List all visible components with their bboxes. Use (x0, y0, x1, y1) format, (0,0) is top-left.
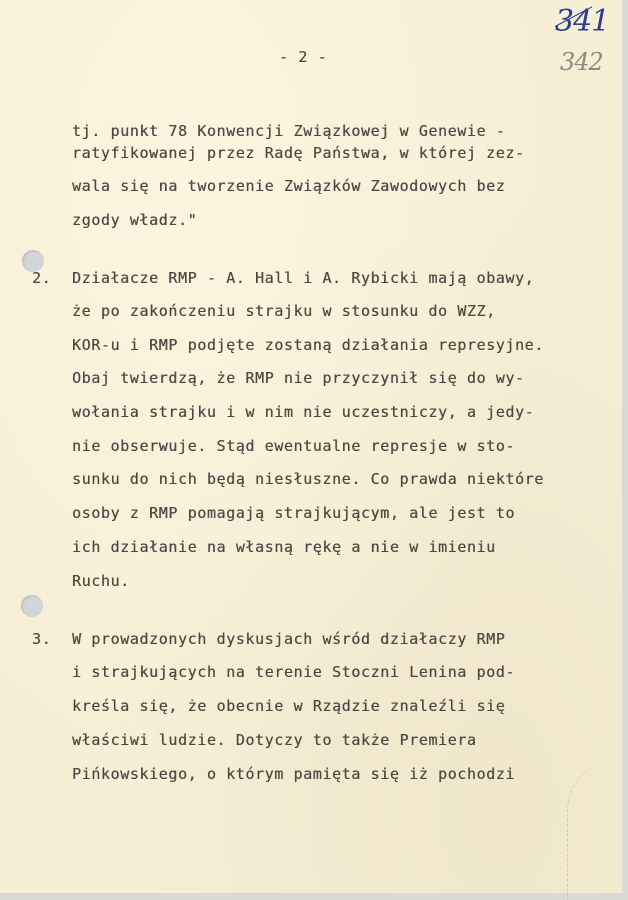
text-line: tj. punkt 78 Konwencji Związkowej w Gene… (72, 122, 505, 140)
text-line: sunku do nich będą niesłuszne. Co prawda… (72, 470, 544, 488)
text-line: Ruchu. (72, 572, 130, 590)
page-number-marker: - 2 - (279, 48, 327, 66)
text-line: osoby z RMP pomagają strajkującym, ale j… (72, 504, 515, 522)
paragraph-number: 2. (32, 269, 51, 287)
text-line: KOR-u i RMP podjęte zostaną działania re… (72, 336, 544, 354)
text-line: zgody władz." (72, 211, 197, 229)
text-line: kreśla się, że obecnie w Rządzie znaleźl… (72, 697, 505, 715)
text-line: ratyfikowanej przez Radę Państwa, w któr… (72, 144, 525, 162)
text-line: ich działanie na własną rękę a nie w imi… (72, 538, 496, 556)
text-line: Obaj twierdzą, że RMP nie przyczynił się… (72, 369, 525, 387)
text-line: nie obserwuje. Stąd ewentualne represje … (72, 437, 515, 455)
paragraph-number: 3. (32, 630, 51, 648)
archive-number-pencil: 342 (560, 48, 603, 76)
text-line: wołania strajku i w nim nie uczestniczy,… (72, 403, 534, 421)
punch-hole (21, 595, 43, 617)
text-line: W prowadzonych dyskusjach wśród działacz… (72, 630, 505, 648)
text-line: i strajkujących na terenie Stoczni Lenin… (72, 663, 515, 681)
text-line: że po zakończeniu strajku w stosunku do … (72, 302, 496, 320)
text-line: wala się na tworzenie Związków Zawodowyc… (72, 177, 505, 195)
paper-fold-line (567, 760, 618, 900)
text-line: Pińkowskiego, o którym pamięta się iż po… (72, 765, 515, 783)
text-line: Działacze RMP - A. Hall i A. Rybicki maj… (72, 269, 534, 287)
document-page: 341 342 - 2 - tj. punkt 78 Konwencji Zwi… (0, 0, 622, 893)
text-line: właściwi ludzie. Dotyczy to także Premie… (72, 731, 477, 749)
